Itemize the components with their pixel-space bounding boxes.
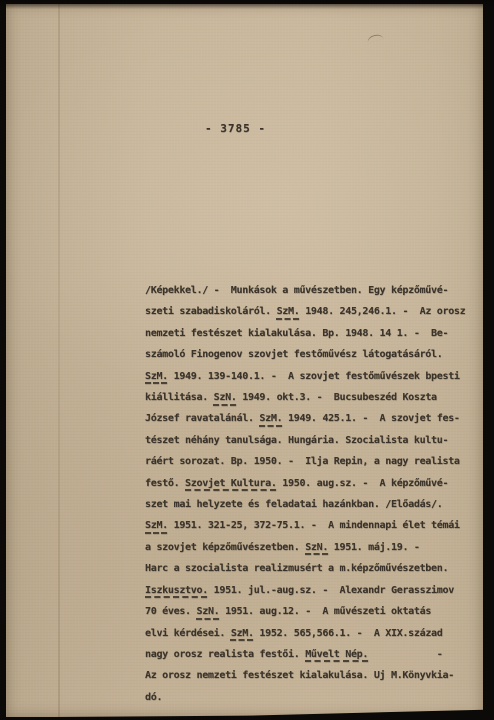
text-segment: 1951. máj.19. - xyxy=(328,542,420,553)
text-line: nemzeti festészet kialakulása. Bp. 1948.… xyxy=(145,323,481,344)
text-segment: 1949. 139-140.1. - A szovjet festőművész… xyxy=(168,371,460,382)
text-line: 70 éves. SzN. 1951. aug.12. - A művészet… xyxy=(145,601,481,622)
text-line: dó. xyxy=(145,687,481,708)
text-line: számoló Finogenov szovjet festőművész lá… xyxy=(145,344,481,365)
text-line: nagy orosz realista festői. Művelt Nép. … xyxy=(145,644,481,665)
document-text: /Képekkel./ - Munkások a művészetben. Eg… xyxy=(145,280,481,708)
text-segment: 1951. jul.-aug.sz. - Alexandr Gerasszimo… xyxy=(208,585,454,596)
text-segment: nemzeti festészet kialakulása. Bp. 1948.… xyxy=(145,328,448,339)
text-segment: szet mai helyzete és feladatai hazánkban… xyxy=(145,499,442,510)
text-segment: kiállitása. xyxy=(145,392,214,403)
text-line: SzM. 1951. 321-25, 372-75.1. - A mindenn… xyxy=(145,515,481,536)
text-segment: 1951. 321-25, 372-75.1. - A mindennapi é… xyxy=(168,520,460,531)
underlined-abbrev: SzN. xyxy=(305,542,328,553)
underlined-abbrev: SzM. xyxy=(145,520,168,531)
text-segment: 1949. 425.1. - A szovjet fes- xyxy=(282,413,459,424)
underlined-abbrev: SzM. xyxy=(231,628,254,639)
text-segment: - xyxy=(368,649,442,660)
paper: - 3785 - /Képekkel./ - Munkások a művész… xyxy=(6,4,483,717)
text-segment: 1951. aug.12. - A művészeti oktatás xyxy=(219,606,431,617)
underlined-abbrev: Szovjet Kultura. xyxy=(185,478,277,489)
text-segment: Az orosz nemzeti festészet kialakulása. … xyxy=(145,670,454,681)
text-segment: a szovjet képzőművészetben. xyxy=(145,542,305,553)
text-line: szet mai helyzete és feladatai hazánkban… xyxy=(145,494,481,515)
scanned-page: { "page": { "number_label": "- 3785 -" }… xyxy=(0,0,494,720)
text-segment: szeti szabadiskoláról. xyxy=(145,306,277,317)
text-segment: 1952. 565,566.1. - A XIX.század xyxy=(254,628,443,639)
underlined-abbrev: Művelt Nép. xyxy=(305,649,368,660)
text-segment: /Képekkel./ - Munkások a művészetben. Eg… xyxy=(145,285,448,296)
text-line: József ravatalánál. SzM. 1949. 425.1. - … xyxy=(145,408,481,429)
text-line: ráért sorozat. Bp. 1950. - Ilja Repin, a… xyxy=(145,451,481,472)
text-line: elvi kérdései. SzM. 1952. 565,566.1. - A… xyxy=(145,623,481,644)
text-line: SzM. 1949. 139-140.1. - A szovjet festőm… xyxy=(145,366,481,387)
text-segment: József ravatalánál. xyxy=(145,413,259,424)
text-segment: 1950. aug.sz. - A képzőművé- xyxy=(277,478,449,489)
underlined-abbrev: SzM. xyxy=(277,306,300,317)
text-segment: dó. xyxy=(145,692,162,703)
text-segment: Harc a szocialista realizmusért a m.képz… xyxy=(145,563,448,574)
text-segment: ráért sorozat. Bp. 1950. - Ilja Repin, a… xyxy=(145,456,460,467)
underlined-abbrev: Iszkusztvo. xyxy=(145,585,208,596)
text-segment: elvi kérdései. xyxy=(145,628,231,639)
text-line: tészet néhány tanulsága. Hungária. Szoci… xyxy=(145,430,481,451)
underlined-abbrev: SzN. xyxy=(214,392,237,403)
text-segment: 1948. 245,246.1. - Az orosz xyxy=(299,306,465,317)
text-segment: tészet néhány tanulsága. Hungária. Szoci… xyxy=(145,435,448,446)
underlined-abbrev: SzM. xyxy=(145,371,168,382)
text-line: Iszkusztvo. 1951. jul.-aug.sz. - Alexand… xyxy=(145,580,481,601)
text-line: a szovjet képzőművészetben. SzN. 1951. m… xyxy=(145,537,481,558)
text-segment: számoló Finogenov szovjet festőművész lá… xyxy=(145,349,442,360)
text-segment: 1949. okt.3. - Bucsubeszéd Koszta xyxy=(237,392,437,403)
text-line: Harc a szocialista realizmusért a m.képz… xyxy=(145,558,481,579)
text-line: szeti szabadiskoláról. SzM. 1948. 245,24… xyxy=(145,301,481,322)
text-line: festő. Szovjet Kultura. 1950. aug.sz. - … xyxy=(145,473,481,494)
page-number: - 3785 - xyxy=(205,122,266,135)
text-line: kiállitása. SzN. 1949. okt.3. - Bucsubes… xyxy=(145,387,481,408)
paper-crease xyxy=(58,4,60,717)
underlined-abbrev: SzN. xyxy=(197,606,220,617)
text-line: Az orosz nemzeti festészet kialakulása. … xyxy=(145,665,481,686)
text-segment: festő. xyxy=(145,478,185,489)
text-segment: 70 éves. xyxy=(145,606,197,617)
text-line: /Képekkel./ - Munkások a művészetben. Eg… xyxy=(145,280,481,301)
smudge-mark xyxy=(367,33,384,43)
underlined-abbrev: SzM. xyxy=(259,413,282,424)
text-segment: nagy orosz realista festői. xyxy=(145,649,305,660)
